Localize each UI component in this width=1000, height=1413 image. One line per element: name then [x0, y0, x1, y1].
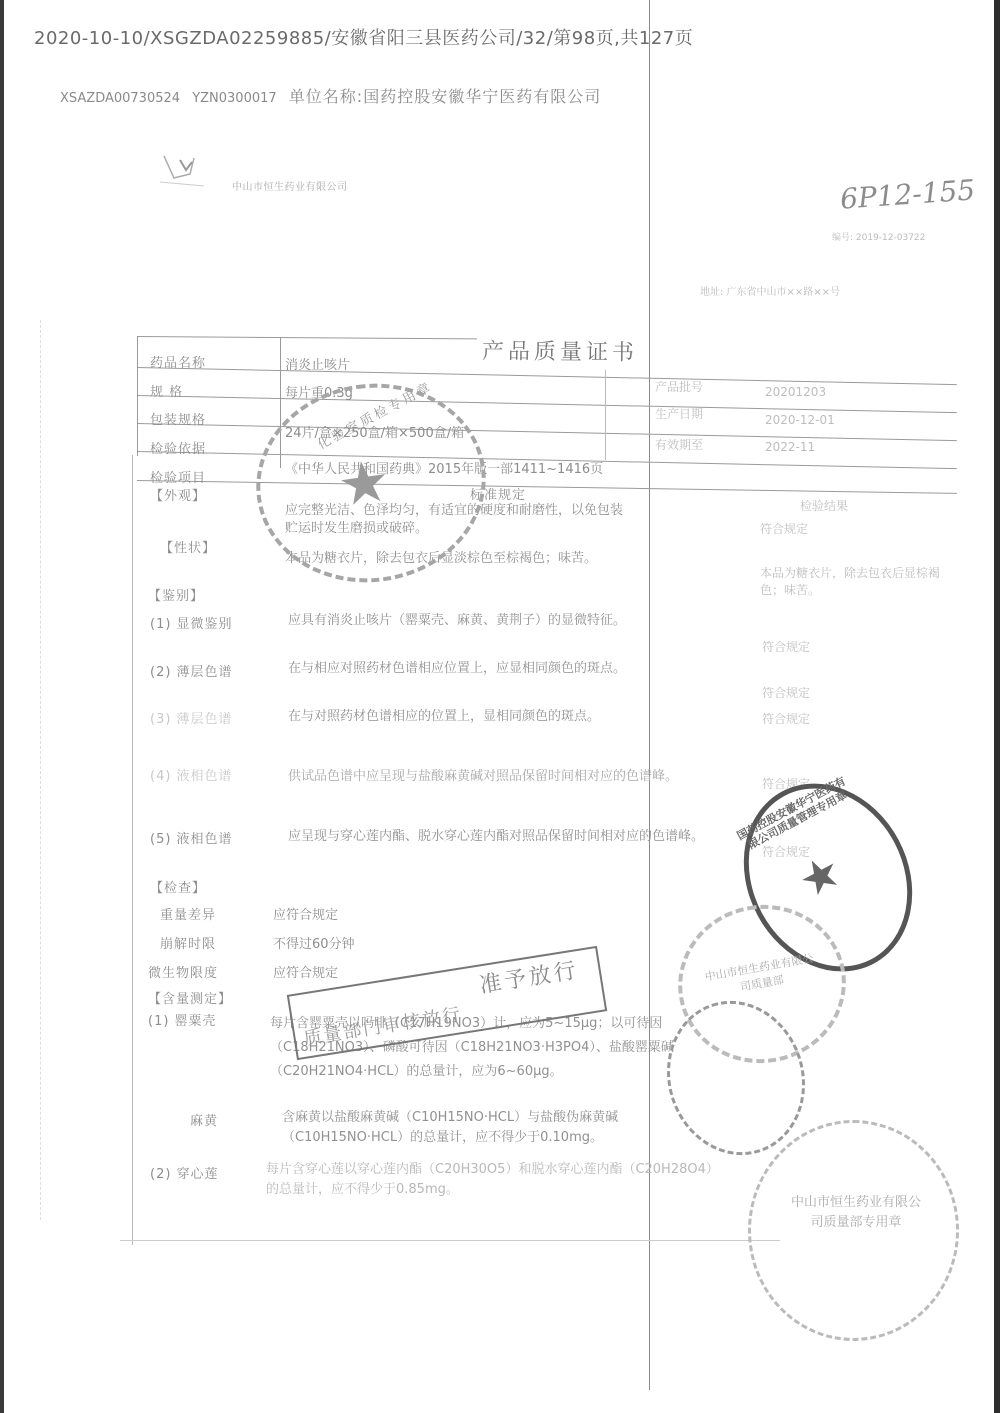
row-label: 规 格 — [150, 381, 183, 400]
table-border-bottom — [120, 1240, 780, 1241]
section-label: (1) 罂粟壳 — [148, 1010, 217, 1029]
section-text: 含麻黄以盐酸麻黄碱（C10H15NO·HCL）与盐酸伪麻黄碱（C10H15NO·… — [282, 1108, 692, 1148]
section-label: (3) 薄层色谱 — [150, 708, 233, 727]
section-label: 【鉴别】 — [148, 585, 204, 604]
company-address: 地址: 广东省中山市××路××号 — [700, 283, 840, 298]
star-icon: ★ — [789, 842, 851, 909]
unit-header: XSAZDA00730524 YZN0300017 单位名称:国药控股安徽华宁医… — [60, 84, 601, 107]
company-logo-icon — [160, 148, 210, 188]
punch-line — [40, 320, 42, 1220]
certificate-title: 产品质量证书 — [482, 334, 638, 366]
handwritten-note: 6P12-155 — [839, 173, 976, 215]
section-result: 符合规定 — [760, 520, 808, 537]
seal-text: 国药控股安徽华宁医药有限公司质量管理专用章 — [731, 772, 858, 856]
section-label: (5) 液相色谱 — [150, 828, 233, 847]
table-row-line — [137, 367, 957, 385]
section-label: 【性状】 — [160, 537, 216, 556]
section-text: 不得过60分钟 — [273, 933, 355, 952]
table-row-line — [137, 395, 957, 413]
section-label: (2) 薄层色谱 — [150, 661, 233, 680]
scan-edge-left — [0, 0, 4, 1413]
scan-edge-right — [994, 0, 1000, 1413]
table-border-top — [137, 336, 477, 339]
col-header-result: 检验结果 — [800, 497, 848, 514]
section-label: 麻黄 — [190, 1110, 218, 1129]
section-text: 应具有消炎止咳片（罂粟壳、麻黄、黄荆子）的显微特征。 — [288, 612, 728, 630]
batch-number: 20201203 — [765, 385, 826, 399]
section-label: 【含量测定】 — [148, 988, 232, 1007]
section-text: 应符合规定 — [273, 904, 338, 923]
archive-code-2: YZN0300017 — [192, 91, 276, 106]
section-label: 崩解时限 — [160, 933, 216, 952]
product-name: 消炎止咳片 — [285, 354, 350, 373]
unit-label: 单位名称: — [289, 87, 363, 106]
section-text: 在与对照药材色谱相应的位置上，显相同颜色的斑点。 — [288, 708, 748, 726]
table-border-left-lower — [132, 455, 133, 1245]
star-icon: ★ — [333, 446, 394, 521]
unit-name: 国药控股安徽华宁医药有限公司 — [363, 87, 601, 106]
row-label-right: 生产日期 — [655, 405, 703, 422]
archive-code: XSAZDA00730524 — [60, 91, 180, 106]
document-number: 编号: 2019-12-03722 — [832, 230, 925, 243]
section-text: 每片含穿心莲以穿心莲内酯（C20H30O5）和脱水穿心莲内酯（C20H28O4）… — [266, 1160, 726, 1200]
col-header-item: 检验项目 — [150, 467, 206, 486]
row-label: 药品名称 — [150, 352, 206, 371]
section-result: 符合规定 — [762, 710, 810, 727]
section-text: 供试品色谱中应呈现与盐酸麻黄碱对照品保留时间相对应的色谱峰。 — [288, 768, 728, 786]
row-label-right: 产品批号 — [655, 378, 703, 395]
section-text: 应符合规定 — [273, 962, 338, 981]
release-stamp-title: 准予放行 — [477, 953, 581, 999]
section-label: (2) 穿心莲 — [150, 1163, 219, 1182]
row-label-right: 有效期至 — [655, 436, 703, 453]
section-result: 本品为糖衣片，除去包衣后显棕褐色；味苦。 — [760, 565, 950, 599]
expiry-date: 2022-11 — [765, 440, 815, 454]
section-result: 符合规定 — [762, 638, 810, 655]
section-label: 微生物限度 — [148, 962, 218, 981]
section-result: 符合规定 — [762, 684, 810, 701]
seal-text: 中山市恒生药业有限公司质量部 — [699, 949, 823, 1001]
section-label: 【检查】 — [150, 877, 206, 896]
table-border-left — [137, 336, 138, 456]
section-label: 重量差异 — [160, 904, 216, 923]
archive-header: 2020-10-10/XSGZDA02259885/安徽省阳三县医药公司/32/… — [34, 24, 693, 50]
section-text: 应呈现与穿心莲内酯、脱水穿心莲内酯对照品保留时间相对应的色谱峰。 — [288, 828, 728, 846]
section-label: 【外观】 — [150, 485, 206, 504]
company-name: 中山市恒生药业有限公司 — [232, 178, 348, 193]
table-col-divider — [605, 370, 606, 460]
production-date: 2020-12-01 — [765, 413, 835, 427]
seal-text: 中山市恒生药业有限公司质量部专用章 — [791, 1193, 921, 1233]
manufacturer-seal: 中山市恒生药业有限公司质量部专用章 — [748, 1120, 959, 1341]
section-label: (1) 显微鉴别 — [150, 613, 233, 632]
section-label: (4) 液相色谱 — [150, 765, 233, 784]
row-label: 包装规格 — [150, 409, 206, 428]
row-label: 检验依据 — [150, 438, 206, 457]
section-text: 在与相应对照药材色谱相应位置上，应显相同颜色的斑点。 — [288, 660, 728, 678]
